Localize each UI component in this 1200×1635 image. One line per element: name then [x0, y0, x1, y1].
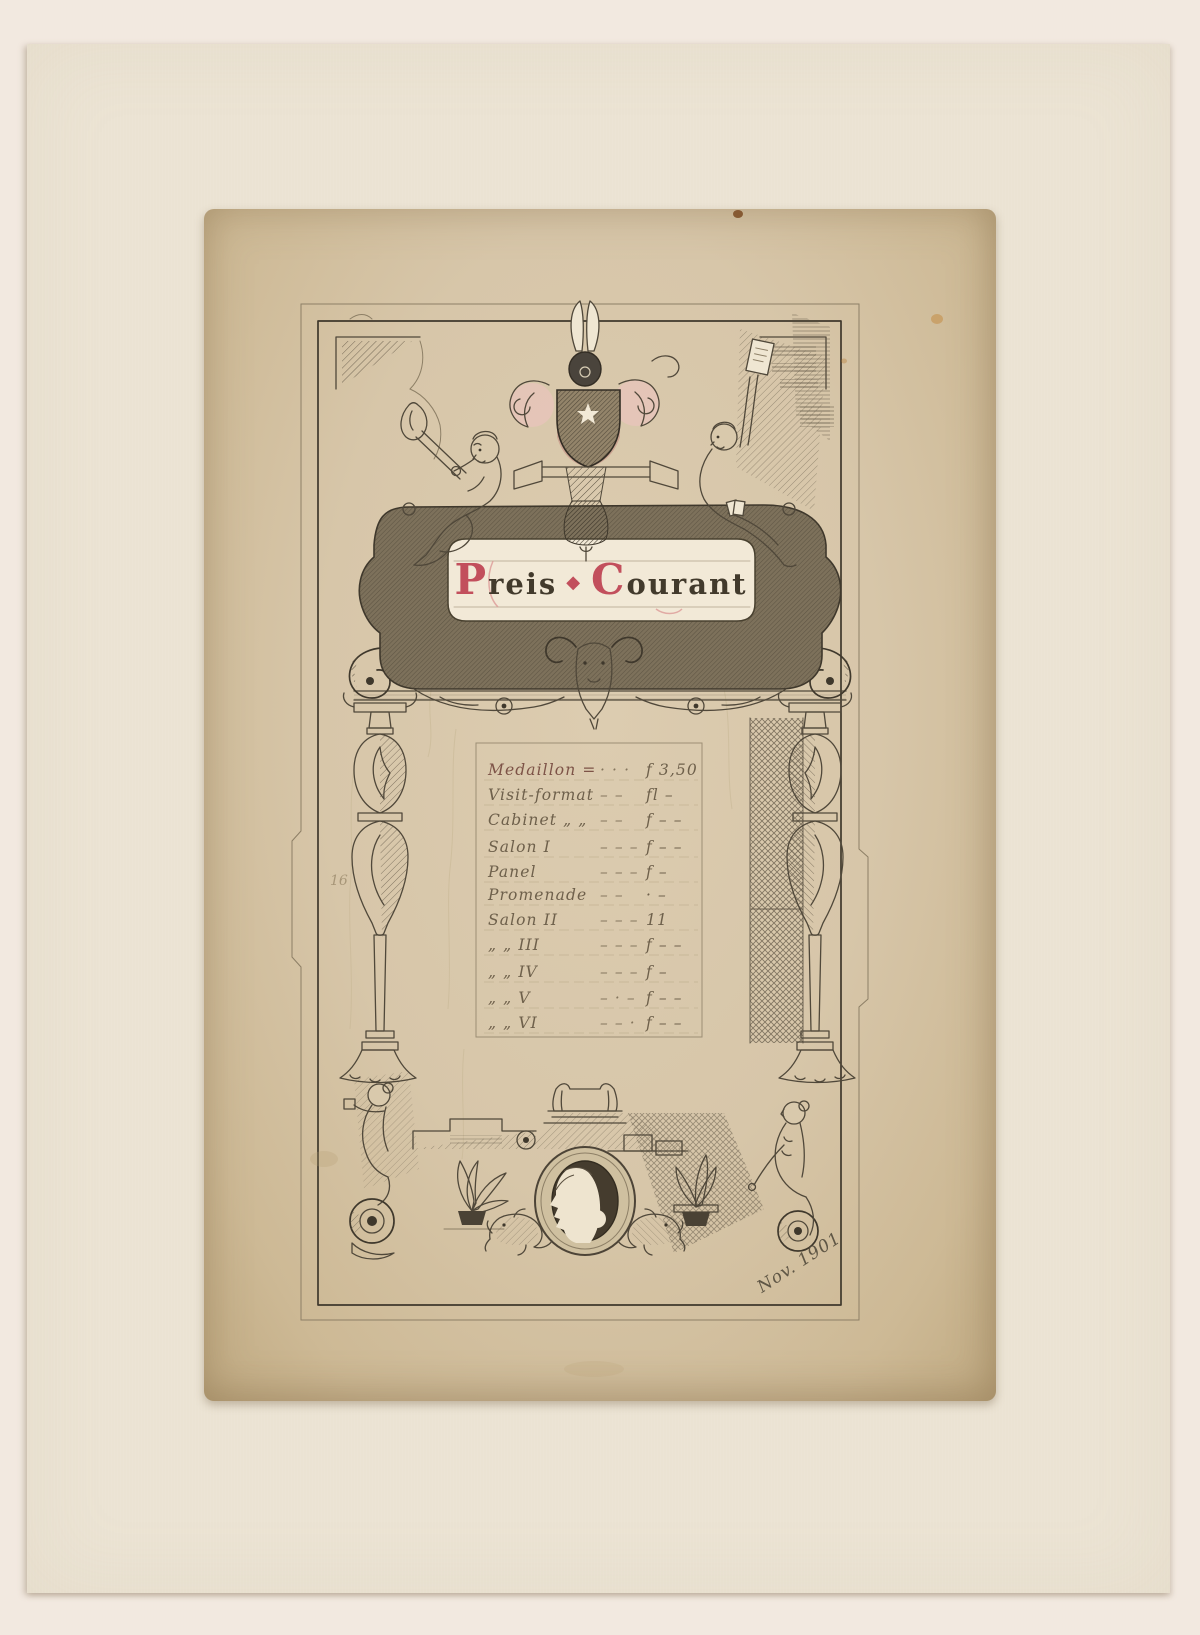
price-leader: – – –	[600, 911, 639, 929]
price-leader: – – –	[600, 936, 639, 954]
mantling-left	[510, 381, 554, 427]
price-row: „ „ V – · – f – –	[488, 989, 683, 1007]
price-leader: – – –	[600, 838, 639, 856]
helmet	[569, 352, 601, 386]
price-leader: – · –	[600, 989, 636, 1007]
corner-ornament-top-left	[336, 315, 441, 460]
price-amount: f – –	[645, 811, 683, 829]
step-molding-left	[413, 1119, 536, 1149]
price-item: Visit-format	[488, 786, 594, 804]
price-amount: f – –	[645, 936, 683, 954]
price-row: „ „ III – – – f – –	[488, 936, 683, 954]
price-leader: – –	[600, 786, 624, 804]
price-item: „ „ V	[488, 989, 531, 1007]
svg-text:Nov. 1901: Nov. 1901	[753, 1228, 845, 1297]
helmet-wing-right	[587, 301, 599, 351]
price-row: Visit-format – – fl –	[488, 786, 674, 804]
price-row: „ „ VI – – · f – –	[488, 1014, 683, 1032]
signature-date: Nov. 1901	[753, 1228, 845, 1297]
price-leader: – – –	[600, 863, 639, 881]
price-amount: f – –	[645, 1014, 683, 1032]
price-item: „ „ IV	[488, 963, 539, 981]
entablature-beam	[354, 691, 846, 700]
helmet-wing-left	[571, 301, 583, 351]
price-amount: fl –	[645, 786, 674, 804]
price-amount: f – –	[645, 989, 683, 1007]
pen-ink-drawing: Preis◆Courant	[204, 209, 996, 1401]
mat-board: Preis◆Courant	[27, 44, 1170, 1593]
pedestal	[544, 1084, 626, 1123]
price-amount: 11	[646, 911, 668, 929]
price-row: „ „ IV – – – f –	[488, 963, 668, 981]
price-amount: f –	[645, 863, 668, 881]
price-amount: · –	[646, 886, 667, 904]
cameo-medallion	[535, 1147, 635, 1255]
price-item: Medaillon =	[487, 761, 596, 779]
price-item: Promenade	[487, 886, 587, 904]
pencil-number-note: 16	[330, 873, 348, 889]
mantling-right	[613, 356, 679, 426]
herm-figure-left	[344, 1071, 419, 1259]
scanned-document-page: { "title": { "cap1": "P", "word1": "reis…	[0, 0, 1200, 1635]
price-row: Salon I – – – f – –	[488, 838, 683, 856]
price-list: Medaillon = · · · f 3,50 Visit-format – …	[476, 743, 702, 1037]
price-amount: f 3,50	[645, 761, 698, 779]
price-item: Panel	[487, 863, 537, 881]
bottom-vignette	[344, 1071, 818, 1259]
photo-fan	[726, 500, 745, 516]
price-leader: – –	[600, 886, 624, 904]
price-row: Panel – – – f –	[487, 863, 668, 881]
price-row: Medaillon = · · · f 3,50	[487, 761, 698, 779]
price-item: Salon II	[488, 911, 558, 929]
shield	[557, 390, 620, 467]
price-amount: f –	[645, 963, 668, 981]
price-leader: – – ·	[600, 1014, 636, 1032]
price-row: Salon II – – – 11	[488, 911, 668, 929]
price-leader: – –	[600, 811, 624, 829]
price-item: Salon I	[488, 838, 551, 856]
price-item: „ „ III	[488, 936, 540, 954]
artwork-paper: Preis◆Courant	[204, 209, 996, 1401]
price-amount: f – –	[645, 838, 683, 856]
herm-figure-right	[749, 1101, 819, 1251]
price-item: Cabinet „ „	[488, 811, 587, 829]
torch-flame	[410, 411, 413, 430]
price-leader: · · ·	[600, 761, 630, 779]
price-item: „ „ VI	[488, 1014, 538, 1032]
column-left	[340, 693, 417, 1083]
price-row: Cabinet „ „ – – f – –	[488, 811, 683, 829]
price-row: Promenade – – · –	[487, 886, 667, 904]
price-leader: – – –	[600, 963, 639, 981]
